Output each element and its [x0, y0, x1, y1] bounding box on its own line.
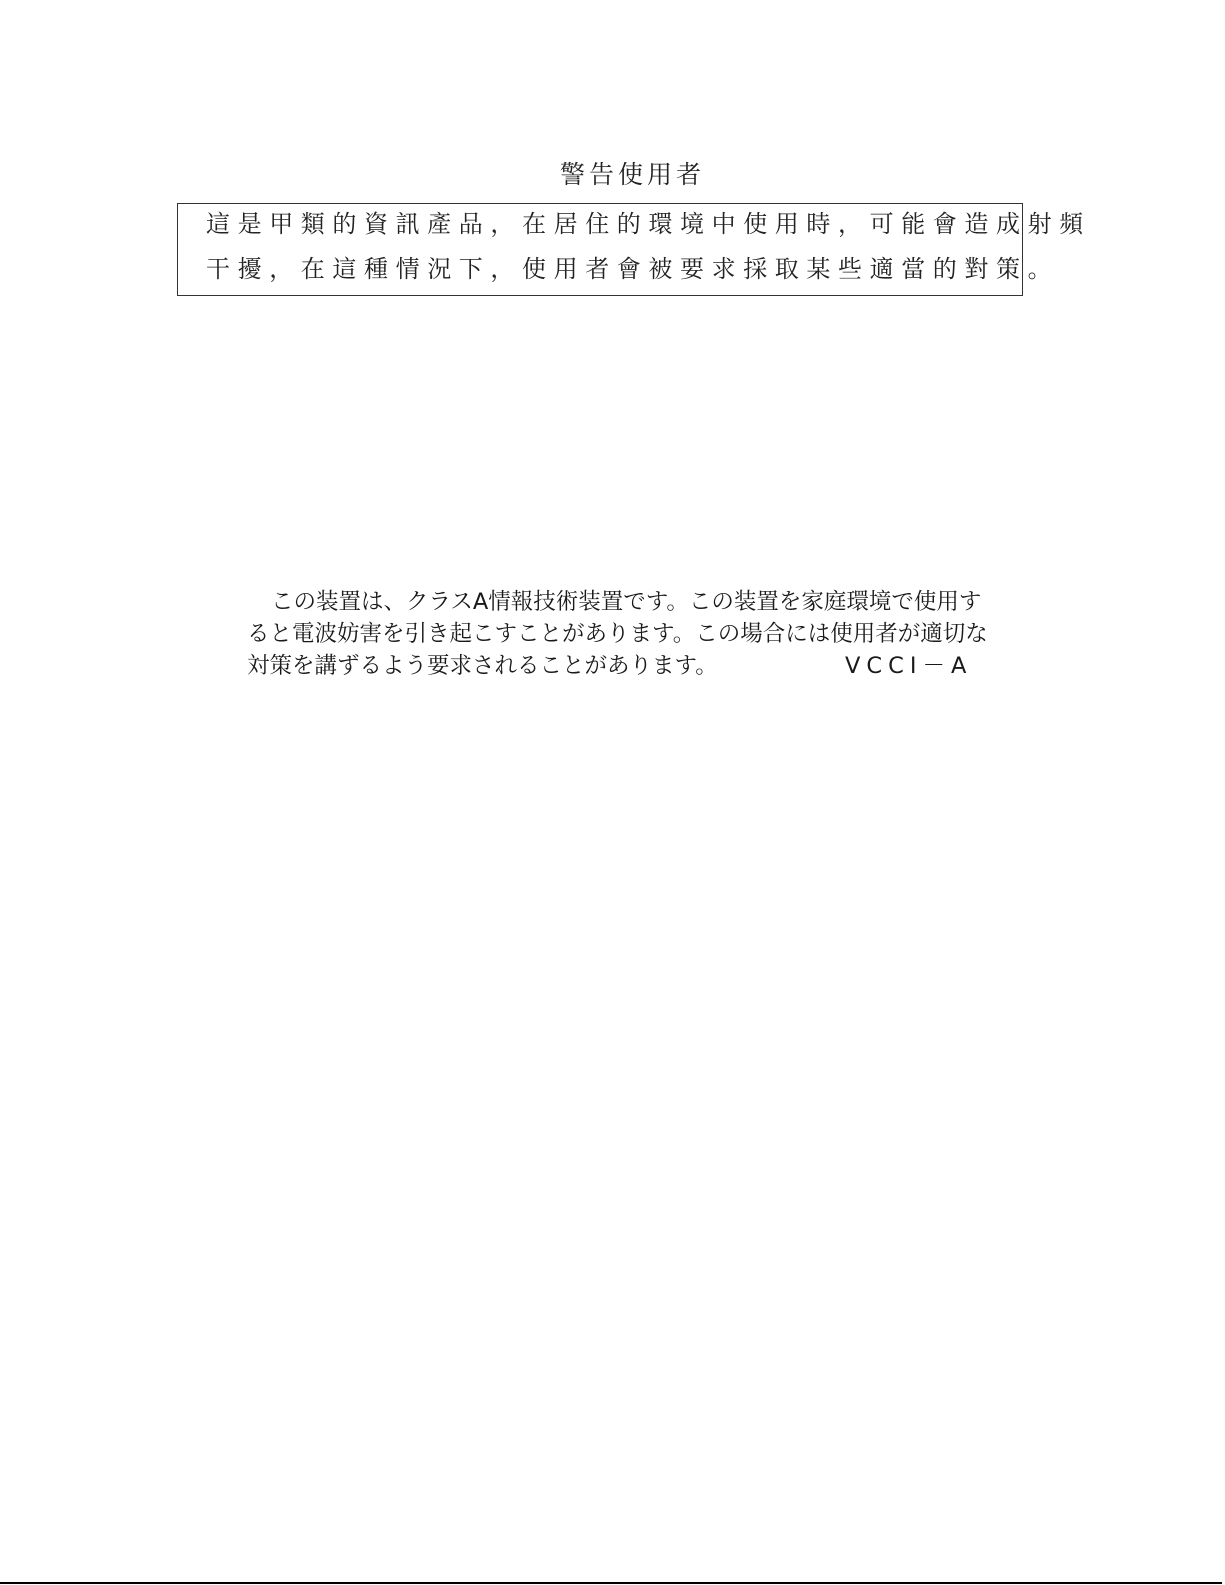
vcci-notice: この装置は、クラスA情報技術装置です。この装置を家庭環境で使用す ると電波妨害を… [247, 586, 977, 682]
taiwan-warning-line-1: 這是甲類的資訊產品，在居住的環境中使用時，可能會造成射頻 [206, 208, 1091, 240]
page-bottom-rule [0, 1582, 1222, 1584]
taiwan-warning-box: 這是甲類的資訊產品，在居住的環境中使用時，可能會造成射頻 干擾，在這種情況下，使… [177, 203, 1023, 296]
taiwan-warning-line-2: 干擾，在這種情況下，使用者會被要求採取某些適當的對策。 [206, 253, 1059, 285]
taiwan-warning-title: 警告使用者 [560, 158, 710, 192]
vcci-notice-line-2: ると電波妨害を引き起こすことがあります。この場合には使用者が適切な [247, 618, 977, 650]
vcci-notice-line-1: この装置は、クラスA情報技術装置です。この装置を家庭環境で使用す [247, 586, 977, 618]
vcci-notice-line-3: 対策を講ずるよう要求されることがあります。 [247, 653, 718, 679]
vcci-notice-line-3-container: 対策を講ずるよう要求されることがあります。 VCCI－A [247, 650, 977, 682]
vcci-class-mark: VCCI－A [845, 650, 972, 682]
